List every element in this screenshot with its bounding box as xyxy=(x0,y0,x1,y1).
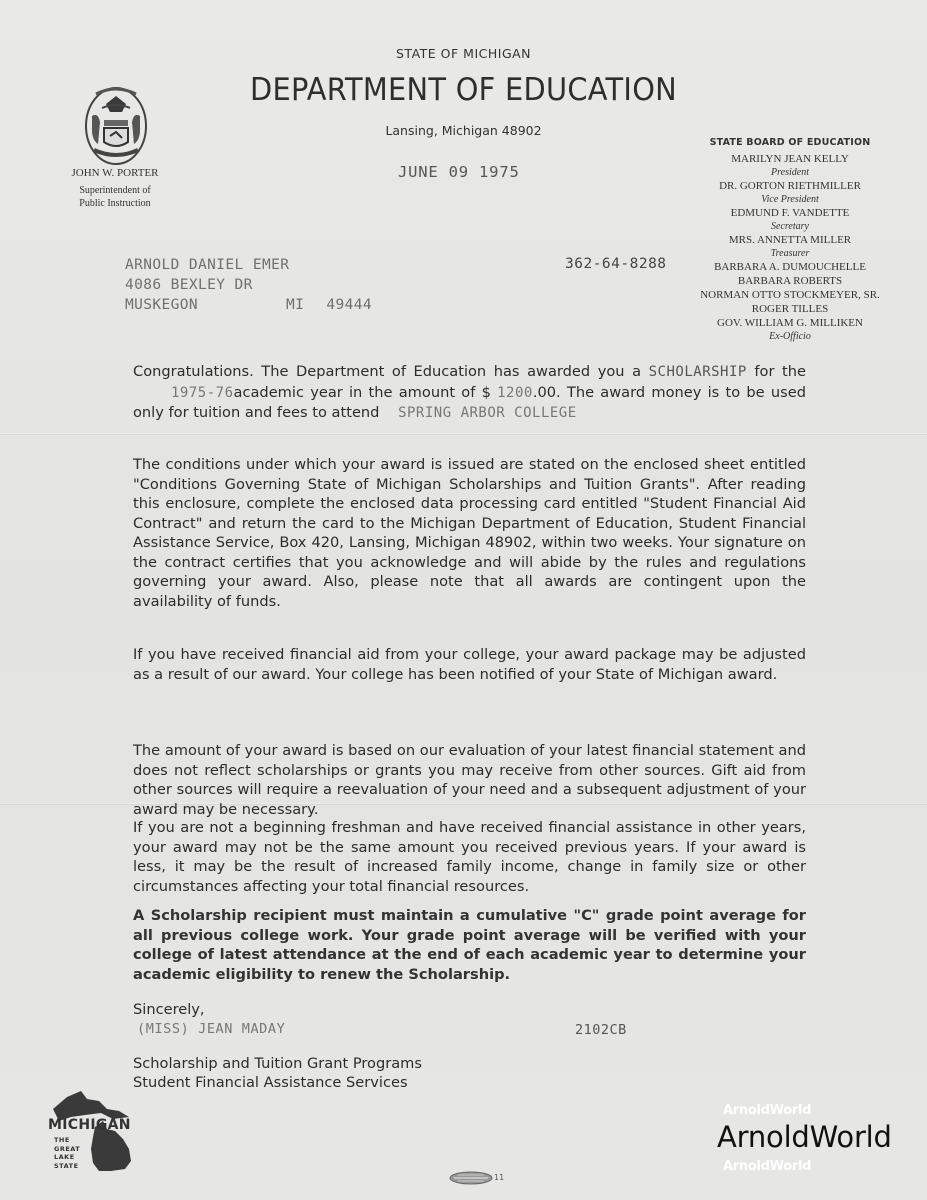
member-name: BARBARA ROBERTS xyxy=(690,274,890,288)
award-text: academic year in the amount of $ xyxy=(234,384,498,401)
award-amount: 1200 xyxy=(497,385,533,401)
board-member: ROGER TILLES xyxy=(690,302,890,316)
watermark-text-main: ArnoldWorld xyxy=(717,1120,892,1154)
tagline-line: STATE xyxy=(54,1162,80,1171)
michigan-logo-word: MICHIGAN xyxy=(48,1117,131,1133)
recipient-zip: 49444 xyxy=(326,297,372,313)
department-address: Lansing, Michigan 48902 xyxy=(0,123,927,138)
recipient-name: ARNOLD DANIEL EMER xyxy=(125,255,372,275)
gpa-requirement-paragraph: A Scholarship recipient must maintain a … xyxy=(133,906,806,984)
union-bug-icon xyxy=(448,1170,494,1186)
watermark-text: ArnoldWorld xyxy=(723,1103,811,1118)
board-member: MRS. ANNETTA MILLERTreasurer xyxy=(690,233,890,260)
award-paragraph: Congratulations. The Department of Educa… xyxy=(133,362,806,424)
office-line: Student Financial Assistance Services xyxy=(133,1073,422,1092)
board-of-education: STATE BOARD OF EDUCATION MARILYN JEAN KE… xyxy=(690,137,890,343)
recipient-id-number: 362-64-8288 xyxy=(565,256,667,272)
member-role: President xyxy=(690,166,890,179)
superintendent-name: JOHN W. PORTER xyxy=(55,167,175,179)
board-heading: STATE BOARD OF EDUCATION xyxy=(690,137,890,148)
member-name: EDMUND F. VANDETTE xyxy=(690,206,890,220)
member-name: GOV. WILLIAM G. MILLIKEN xyxy=(690,316,890,330)
member-name: NORMAN OTTO STOCKMEYER, SR. xyxy=(690,288,890,302)
member-role: Secretary xyxy=(690,220,890,233)
award-year: 1975-76 xyxy=(171,385,234,401)
salutation: Sincerely, xyxy=(133,1001,205,1018)
board-member: BARBARA ROBERTS xyxy=(690,274,890,288)
recipient-city: MUSKEGON xyxy=(125,297,198,313)
award-college: SPRING ARBOR COLLEGE xyxy=(398,405,577,421)
reference-code: 2102CB xyxy=(575,1022,627,1038)
tagline-line: THE xyxy=(54,1136,80,1145)
award-text: for the xyxy=(747,363,806,380)
member-name: BARBARA A. DUMOUCHELLE xyxy=(690,260,890,274)
recipient-street: 4086 BEXLEY DR xyxy=(125,275,372,295)
member-role: Vice President xyxy=(690,193,890,206)
paper-fold-line xyxy=(0,433,927,435)
member-role: Ex-Officio xyxy=(690,330,890,343)
member-name: MARILYN JEAN KELLY xyxy=(690,152,890,166)
office-name: Scholarship and Tuition Grant Programs S… xyxy=(133,1054,422,1092)
tagline-line: LAKE xyxy=(54,1153,80,1162)
union-number: 11 xyxy=(494,1173,504,1182)
recipient-city-line: MUSKEGONMI49444 xyxy=(125,295,372,315)
signer-name: (MISS) JEAN MADAY xyxy=(137,1021,285,1037)
department-title: DEPARTMENT OF EDUCATION xyxy=(32,72,894,108)
superintendent-title-line: Public Instruction xyxy=(55,197,175,210)
board-member: BARBARA A. DUMOUCHELLE xyxy=(690,260,890,274)
member-role: Treasurer xyxy=(690,247,890,260)
board-member: DR. GORTON RIETHMILLERVice President xyxy=(690,179,890,206)
board-member: GOV. WILLIAM G. MILLIKENEx-Officio xyxy=(690,316,890,343)
member-name: DR. GORTON RIETHMILLER xyxy=(690,179,890,193)
conditions-paragraph: The conditions under which your award is… xyxy=(133,455,806,611)
office-line: Scholarship and Tuition Grant Programs xyxy=(133,1054,422,1073)
letter-date: JUNE 09 1975 xyxy=(398,163,520,181)
recipient-address: ARNOLD DANIEL EMER4086 BEXLEY DRMUSKEGON… xyxy=(125,255,372,315)
award-type: SCHOLARSHIP xyxy=(649,364,747,380)
tagline-line: GREAT xyxy=(54,1145,80,1154)
michigan-tagline: THE GREAT LAKE STATE xyxy=(54,1136,80,1170)
board-member: MARILYN JEAN KELLYPresident xyxy=(690,152,890,179)
award-basis-paragraph: The amount of your award is based on our… xyxy=(133,741,806,819)
superintendent-title-line: Superintendent of xyxy=(55,184,175,197)
member-name: ROGER TILLES xyxy=(690,302,890,316)
not-freshman-paragraph: If you are not a beginning freshman and … xyxy=(133,818,806,896)
board-member: EDMUND F. VANDETTESecretary xyxy=(690,206,890,233)
member-name: MRS. ANNETTA MILLER xyxy=(690,233,890,247)
state-name: STATE OF MICHIGAN xyxy=(0,46,927,61)
superintendent-title: Superintendent of Public Instruction xyxy=(55,184,175,210)
award-text: Congratulations. The Department of Educa… xyxy=(133,363,649,380)
watermark-text: ArnoldWorld xyxy=(723,1159,811,1174)
board-member: NORMAN OTTO STOCKMEYER, SR. xyxy=(690,288,890,302)
recipient-state: MI xyxy=(286,297,304,313)
financial-aid-paragraph: If you have received financial aid from … xyxy=(133,645,806,684)
